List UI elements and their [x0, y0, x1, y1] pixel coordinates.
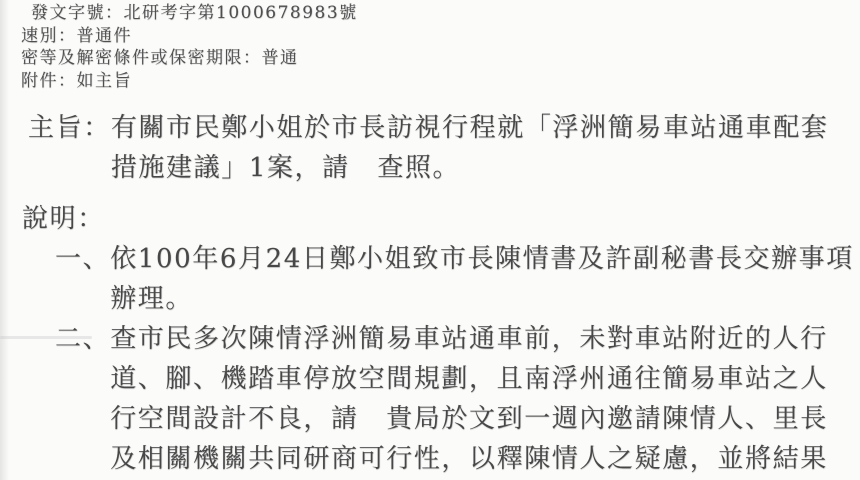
subject-lines: 有關市民鄭小姐於市長訪視行程就「浮洲簡易車站通車配套 措施建議」1案，請 查照。	[111, 108, 829, 188]
field-speed-class: 速別：普通件	[21, 25, 860, 48]
item-line: 查市民多次陳情浮洲簡易車站通車前，未對車站附近的人行	[110, 319, 828, 359]
document-header: 發文字號：北研考字第1000678983號 速別：普通件 密等及解密條件或保密期…	[21, 2, 860, 92]
field-doc-number: 發文字號：北研考字第1000678983號	[21, 2, 860, 25]
item-line: 辦理。	[110, 279, 854, 319]
item-line: 道、腳、機踏車停放空間規劃，且南浮州通往簡易車站之人	[110, 359, 828, 399]
scanned-official-document: 發文字號：北研考字第1000678983號 速別：普通件 密等及解密條件或保密期…	[0, 0, 860, 480]
subject-line: 措施建議」1案，請 查照。	[111, 148, 829, 188]
field-security-level: 密等及解密條件或保密期限：普通	[21, 47, 860, 70]
field-attachment: 附件：如主旨	[21, 70, 860, 93]
item-lines: 依100年6月24日鄭小姐致市長陳情書及許副秘書長交辦事項 辦理。	[110, 239, 854, 319]
item-number: 二、	[55, 319, 110, 479]
explanation-label: 說明：	[22, 199, 860, 239]
subject-section: 主旨： 有關市民鄭小姐於市長訪視行程就「浮洲簡易車站通車配套 措施建議」1案，請…	[28, 108, 860, 188]
scan-edge-shadow	[0, 0, 9, 480]
item-line: 依100年6月24日鄭小姐致市長陳情書及許副秘書長交辦事項	[110, 239, 854, 279]
explanation-item-2: 二、 查市民多次陳情浮洲簡易車站通車前，未對車站附近的人行 道、腳、機踏車停放空…	[55, 319, 860, 479]
item-line: 行空間設計不良，請 貴局於文到一週內邀請陳情人、里長	[110, 399, 828, 439]
subject-label: 主旨：	[28, 108, 111, 188]
item-number: 一、	[55, 239, 110, 319]
item-lines: 查市民多次陳情浮洲簡易車站通車前，未對車站附近的人行 道、腳、機踏車停放空間規劃…	[110, 319, 828, 479]
item-line: 及相關機關共同研商可行性，以釋陳情人之疑慮，並將結果	[110, 439, 828, 479]
explanation-item-1: 一、 依100年6月24日鄭小姐致市長陳情書及許副秘書長交辦事項 辦理。	[55, 239, 860, 319]
subject-line: 有關市民鄭小姐於市長訪視行程就「浮洲簡易車站通車配套	[111, 108, 829, 148]
